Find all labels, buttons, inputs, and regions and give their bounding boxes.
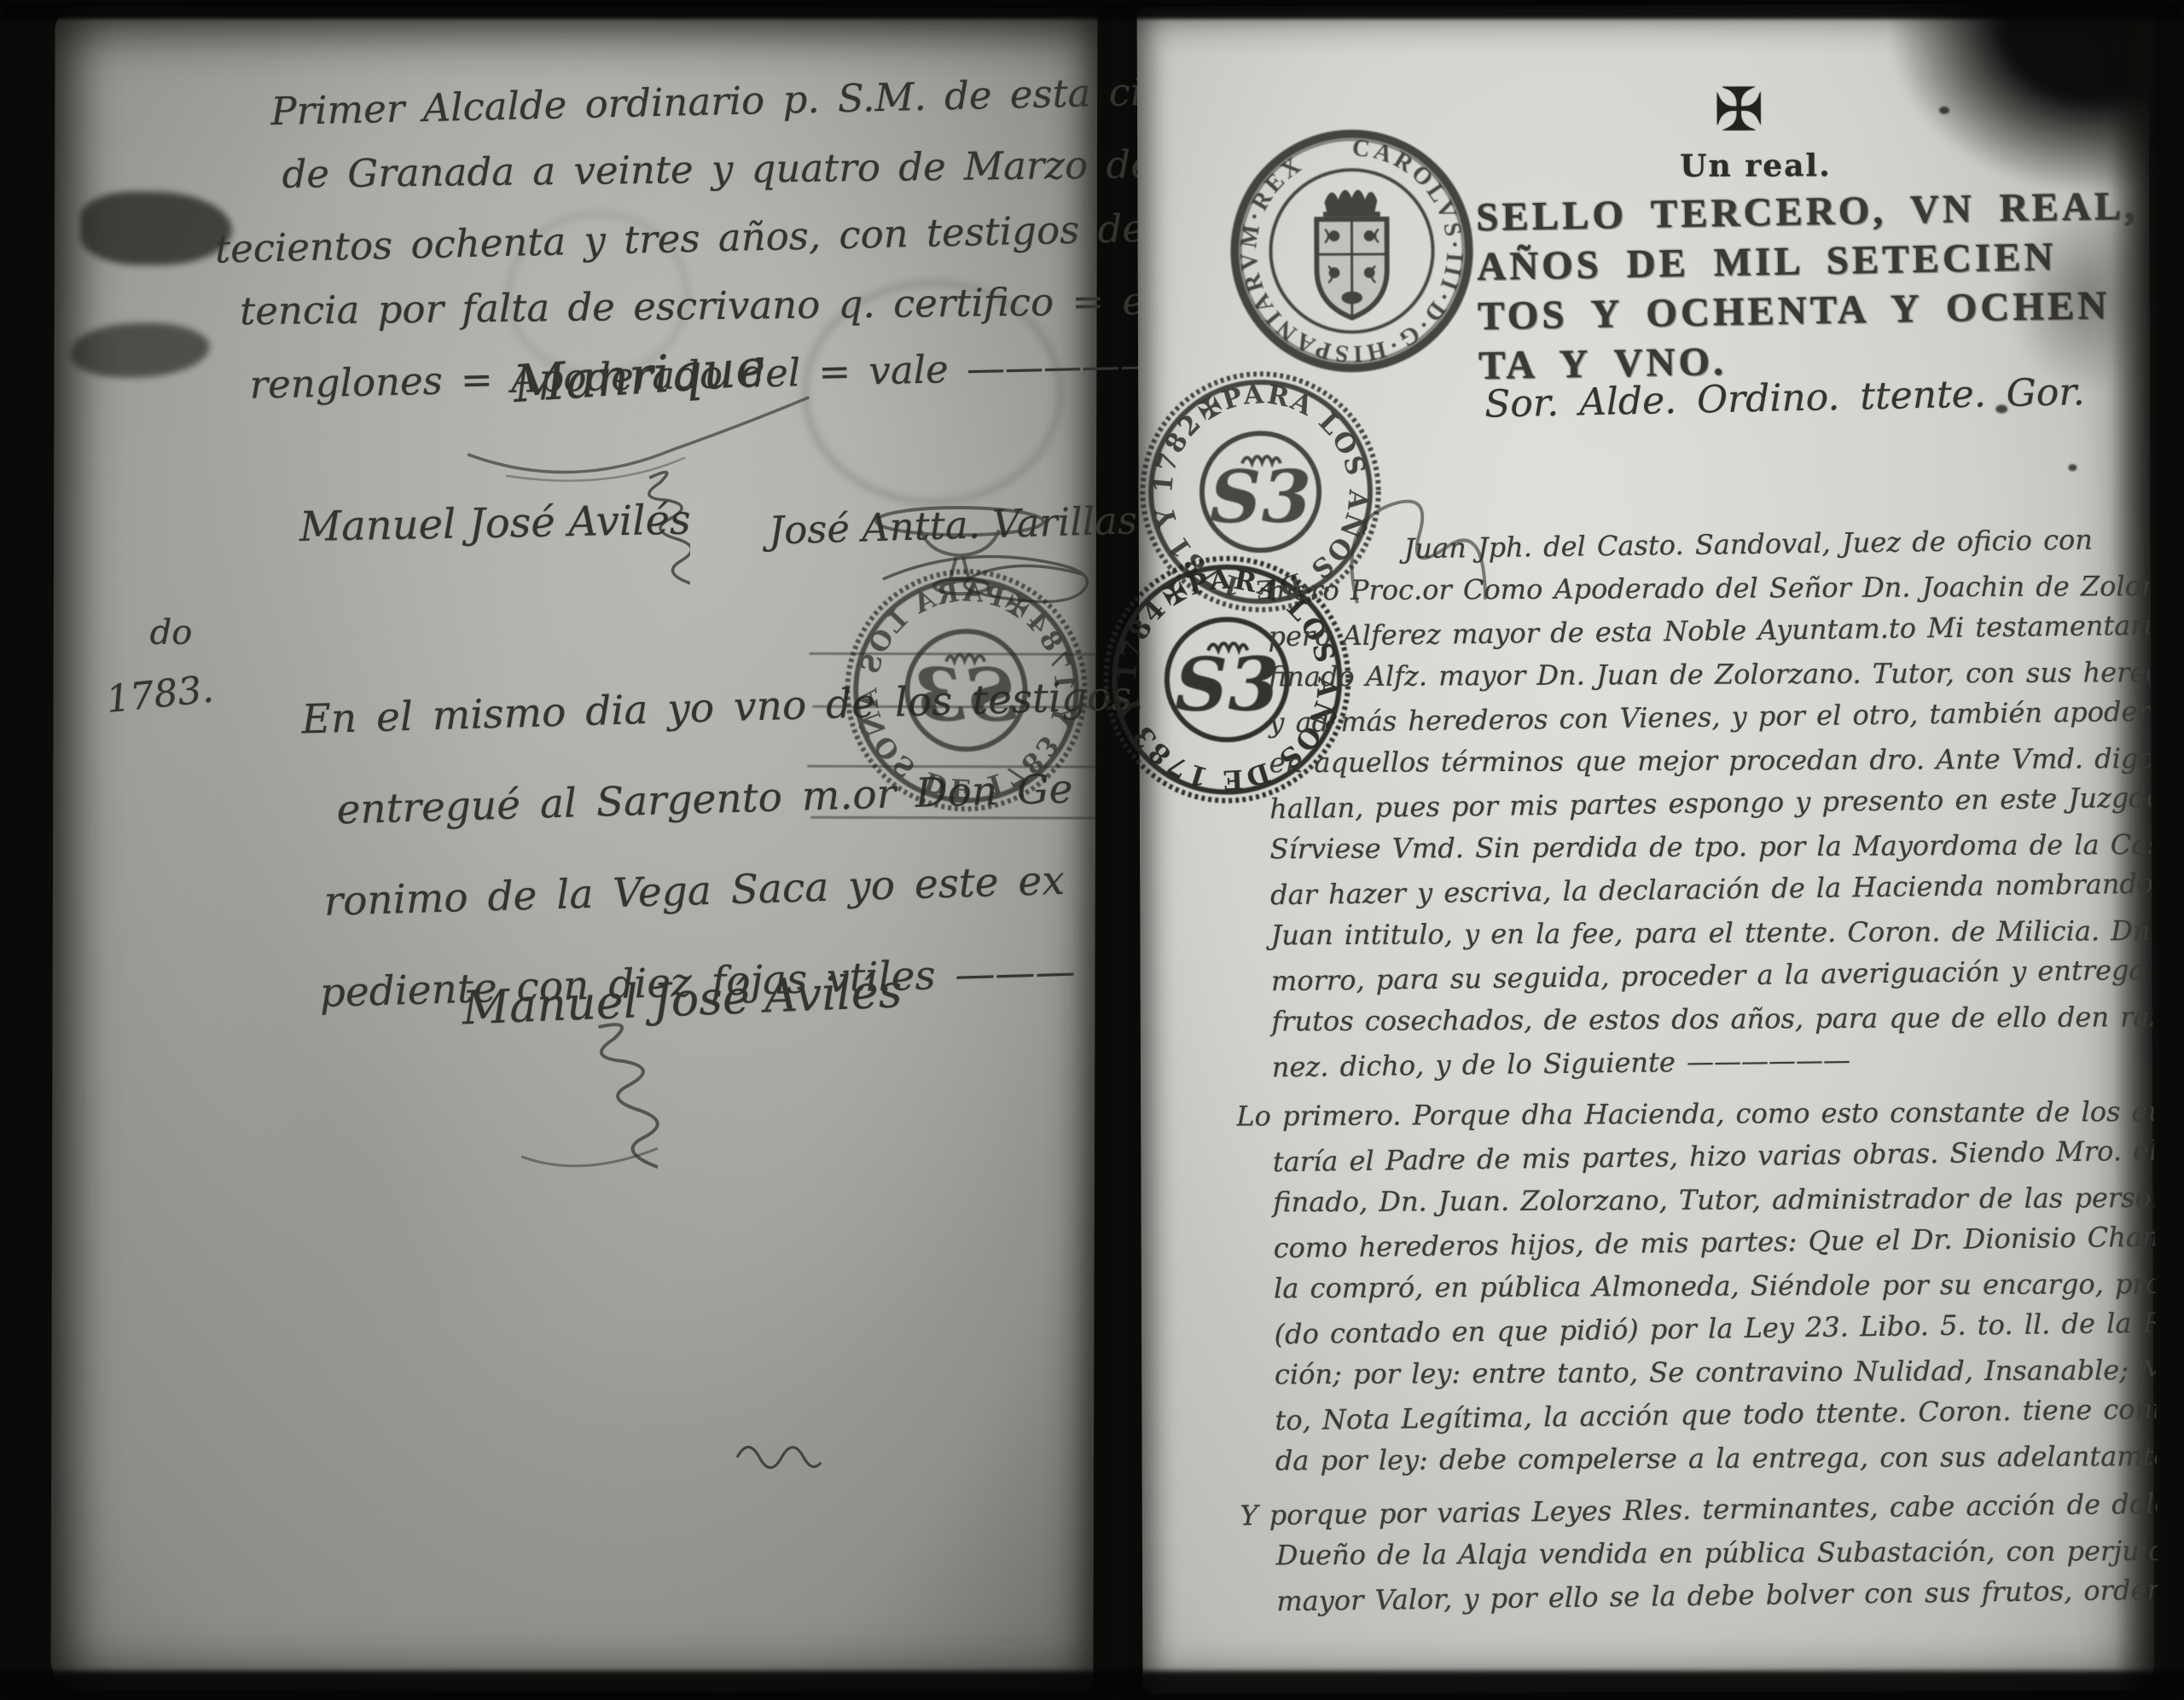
maltese-cross-icon: ✠ <box>1714 75 1764 145</box>
handwritten-line: taría el Padre de mis partes, hizo varia… <box>1237 1129 2155 1185</box>
ink-spot <box>1939 107 1949 114</box>
ghost-stamp-ring <box>801 279 1065 507</box>
handwritten-line: Juan Jph. del Casto. Sandoval, Juez de o… <box>1231 518 2149 573</box>
ink-spot <box>2068 464 2077 471</box>
handwritten-line: y ad más herederos con Vienes, y por el … <box>1233 690 2151 746</box>
handwritten-line: mayor Valor, y por ello se la debe bolve… <box>1240 1569 2158 1624</box>
squiggle-mark <box>732 1430 826 1481</box>
handwritten-line: morro, para su seguida, proceder a la av… <box>1235 949 2153 1004</box>
handwritten-line: (do contado en que pidió) por la Ley 23.… <box>1238 1302 2156 1357</box>
photo-frame-bottom <box>0 1671 2184 1700</box>
handwritten-line: como herederos hijos, de mis partes: Que… <box>1237 1216 2155 1271</box>
margin-note-word: do <box>150 613 193 653</box>
photo-frame-top <box>0 0 2184 19</box>
handwritten-line: nez. dicho, y de lo Siguiente —————— <box>1236 1035 2154 1090</box>
tax-value-label: Un real. <box>1680 148 1832 184</box>
handwritten-line: da por ley: debe compelerse a la entrega… <box>1240 1434 2157 1482</box>
ink-smear <box>2007 200 2162 397</box>
offset-stamp-1783-mirrored: ✠PARA LOS AÑOS DE 1783 Y 1784 S3 <box>839 564 1093 817</box>
handwritten-line: pero Alferez mayor de esta Noble Ayuntam… <box>1232 604 2150 659</box>
photo-stage: Primer Alcalde ordinario p. S.M. de esta… <box>0 0 2184 1700</box>
handwritten-line: hallan, pues por mis partes espongo y pr… <box>1234 776 2152 832</box>
ink-smudge <box>71 322 209 377</box>
ghost-stamp-ring <box>504 210 691 380</box>
royal-seal-carolus-iii: CAROLVS·III·D·G·HISPANIARVM·REX <box>1226 125 1478 377</box>
signature-rubric <box>630 467 690 595</box>
crowned-shield <box>1316 190 1387 318</box>
handwritten-line: dar hazer y escriva, la declaración de l… <box>1234 862 2152 918</box>
handwritten-line: to, Nota Legítima, la acción que todo tt… <box>1239 1388 2157 1443</box>
signature-rubric <box>496 1020 700 1175</box>
margin-note-year: 1783. <box>104 667 216 722</box>
left-page: Primer Alcalde ordinario p. S.M. de esta… <box>50 5 1097 1692</box>
right-page: ✠ Un real. CAROLVS·III·D·G·HISPANIARVM·R… <box>1137 3 2155 1694</box>
petition-body: Juan Jph. del Casto. Sandoval, Juez de o… <box>1231 519 2158 1622</box>
handwritten-line: Y porque por varias Leyes Rles. terminan… <box>1240 1482 2158 1538</box>
offset-stamp-monogram: S3 <box>915 653 1018 739</box>
